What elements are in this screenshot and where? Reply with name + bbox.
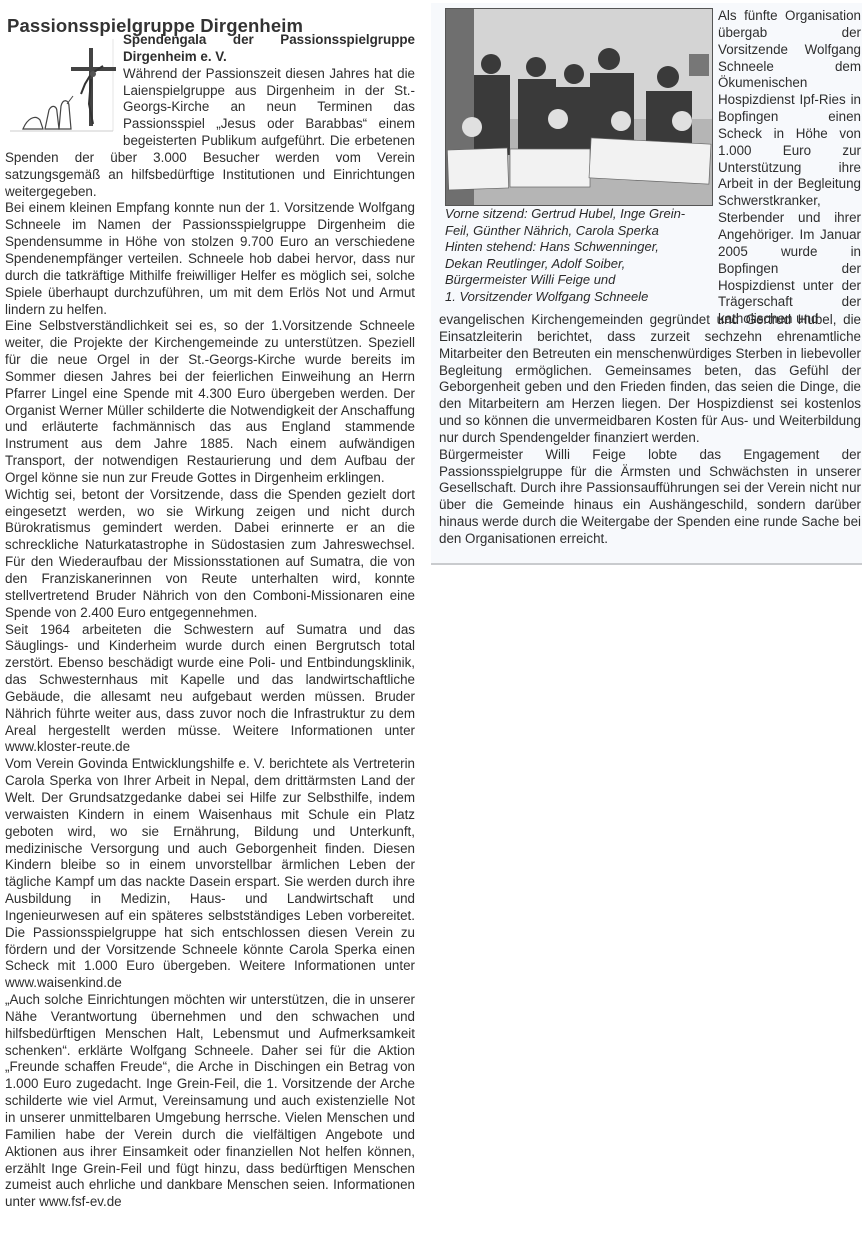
paragraph: Wichtig sei, betont der Vorsitzende, das… [5,487,415,622]
photo-caption: Vorne sitzend: Gertrud Hubel, Inge Grein… [445,206,720,306]
paragraph: evangelischen Kirchengemeinden gegründet… [439,312,861,447]
paragraph: Vom Verein Govinda Entwicklungshilfe e. … [5,756,415,992]
paragraph: Seit 1964 arbeiteten die Schwestern auf … [5,622,415,757]
box-lower-text: evangelischen Kirchengemeinden gegründet… [439,312,861,548]
paragraph: Eine Selbstverständlichkeit sei es, so d… [5,318,415,486]
caption-line: Bürgermeister Willi Feige und [445,272,720,289]
left-column: Spendengala der Passionsspielgruppe Dirg… [5,32,415,1211]
caption-line: Vorne sitzend: Gertrud Hubel, Inge Grein… [445,206,720,223]
caption-line: Dekan Reutlinger, Adolf Soiber, [445,256,720,273]
group-photo-check-handover-icon [445,8,713,206]
paragraph: Bürgermeister Willi Feige lobte das Enga… [439,447,861,548]
right-narrow-column: Als fünfte Organisation übergab der Vors… [718,8,861,328]
caption-line: 1. Vorsitzender Wolfgang Schneele [445,289,720,306]
caption-line: Hinten stehend: Hans Schwenninger, [445,239,720,256]
paragraph: Bei einem kleinen Empfang konnte nun der… [5,200,415,318]
crucifixion-drawing-icon [5,34,117,139]
paragraph: Als fünfte Organisation übergab der Vors… [718,8,861,328]
caption-line: Feil, Günther Nährich, Carola Sperka [445,223,720,240]
paragraph: „Auch solche Einrichtungen möchten wir u… [5,992,415,1211]
